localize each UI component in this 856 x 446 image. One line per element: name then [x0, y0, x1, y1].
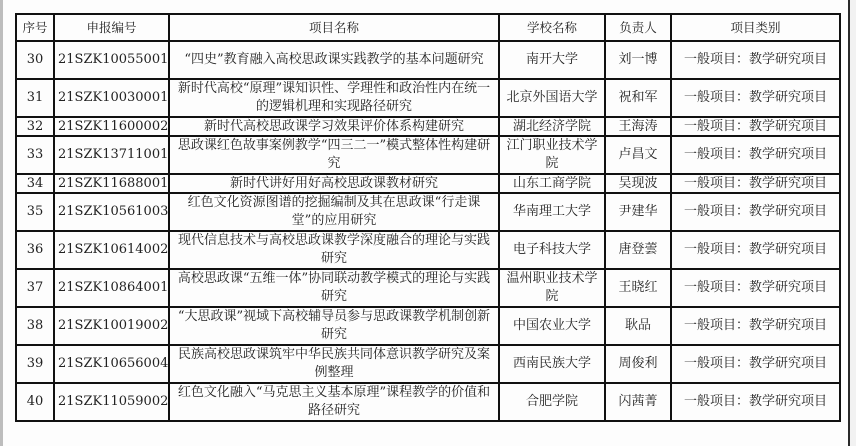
cell-code: 21SZK11600002 — [54, 117, 169, 136]
cell-school: 合肥学院 — [499, 383, 605, 421]
cell-category: 一般项目：教学研究项目 — [671, 269, 840, 307]
table-row: 38 21SZK10019002 “大思政课”视域下高校辅导员参与思政课教学机制… — [16, 307, 840, 345]
cell-no: 37 — [16, 269, 54, 307]
table-row: 33 21SZK13711001 思政课红色故事案例教学“四三二一”模式整体性构… — [16, 136, 840, 174]
cell-no: 35 — [16, 193, 54, 231]
cell-no: 39 — [16, 345, 54, 383]
cell-no: 40 — [16, 383, 54, 421]
cell-title: 新时代高校思政课学习效果评价体系构建研究 — [169, 117, 499, 136]
cell-school: 湖北经济学院 — [499, 117, 605, 136]
table-row: 34 21SZK11688001 新时代讲好用好高校思政课教材研究 山东工商学院… — [16, 174, 840, 193]
cell-leader: 吴现波 — [605, 174, 671, 193]
table-row: 39 21SZK10656004 民族高校思政课筑牢中华民族共同体意识教学研究及… — [16, 345, 840, 383]
cell-leader: 周俊利 — [605, 345, 671, 383]
cell-school: 南开大学 — [499, 41, 605, 79]
cell-title: “四史”教育融入高校思政课实践教学的基本问题研究 — [169, 41, 499, 79]
cell-no: 33 — [16, 136, 54, 174]
cell-title: 现代信息技术与高校思政课教学深度融合的理论与实践研究 — [169, 231, 499, 269]
cell-category: 一般项目：教学研究项目 — [671, 174, 840, 193]
cell-category: 一般项目：教学研究项目 — [671, 193, 840, 231]
cell-school: 山东工商学院 — [499, 174, 605, 193]
cell-leader: 刘一博 — [605, 41, 671, 79]
cell-no: 32 — [16, 117, 54, 136]
table-row: 36 21SZK10614002 现代信息技术与高校思政课教学深度融合的理论与实… — [16, 231, 840, 269]
cell-category: 一般项目：教学研究项目 — [671, 307, 840, 345]
table-row: 40 21SZK11059002 红色文化融入“马克思主义基本原理”课程教学的价… — [16, 383, 840, 421]
page-left-edge — [0, 0, 3, 446]
header-title: 项目名称 — [169, 14, 499, 41]
cell-leader: 闪茜菁 — [605, 383, 671, 421]
cell-leader: 祝和军 — [605, 79, 671, 117]
cell-leader: 王海涛 — [605, 117, 671, 136]
table-header-row: 序号 申报编号 项目名称 学校名称 负责人 项目类别 — [16, 14, 840, 41]
cell-leader: 王晓红 — [605, 269, 671, 307]
cell-leader: 尹建华 — [605, 193, 671, 231]
cell-category: 一般项目：教学研究项目 — [671, 231, 840, 269]
header-code: 申报编号 — [54, 14, 169, 41]
cell-leader: 唐登蕓 — [605, 231, 671, 269]
cell-school: 温州职业技术学院 — [499, 269, 605, 307]
cell-category: 一般项目：教学研究项目 — [671, 136, 840, 174]
cell-code: 21SZK10561003 — [54, 193, 169, 231]
cell-no: 34 — [16, 174, 54, 193]
cell-code: 21SZK13711001 — [54, 136, 169, 174]
cell-code: 21SZK10614002 — [54, 231, 169, 269]
cell-title: “大思政课”视域下高校辅导员参与思政课教学机制创新研究 — [169, 307, 499, 345]
table-row: 32 21SZK11600002 新时代高校思政课学习效果评价体系构建研究 湖北… — [16, 117, 840, 136]
cell-school: 中国农业大学 — [499, 307, 605, 345]
cell-code: 21SZK10055001 — [54, 41, 169, 79]
header-no: 序号 — [16, 14, 54, 41]
cell-leader: 卢昌文 — [605, 136, 671, 174]
cell-title: 民族高校思政课筑牢中华民族共同体意识教学研究及案例整理 — [169, 345, 499, 383]
header-category: 项目类别 — [671, 14, 840, 41]
header-school: 学校名称 — [499, 14, 605, 41]
table-row: 35 21SZK10561003 红色文化资源图谱的挖掘编制及其在思政课“行走课… — [16, 193, 840, 231]
cell-title: 思政课红色故事案例教学“四三二一”模式整体性构建研究 — [169, 136, 499, 174]
cell-code: 21SZK10030001 — [54, 79, 169, 117]
cell-code: 21SZK11688001 — [54, 174, 169, 193]
cell-title: 红色文化融入“马克思主义基本原理”课程教学的价值和路径研究 — [169, 383, 499, 421]
cell-category: 一般项目：教学研究项目 — [671, 79, 840, 117]
cell-no: 36 — [16, 231, 54, 269]
cell-code: 21SZK10019002 — [54, 307, 169, 345]
cell-category: 一般项目：教学研究项目 — [671, 345, 840, 383]
table-row: 31 21SZK10030001 新时代高校“原理”课知识性、学理性和政治性内在… — [16, 79, 840, 117]
cell-title: 新时代讲好用好高校思政课教材研究 — [169, 174, 499, 193]
cell-title: 新时代高校“原理”课知识性、学理性和政治性内在统一的逻辑机理和实现路径研究 — [169, 79, 499, 117]
cell-school: 华南理工大学 — [499, 193, 605, 231]
cell-title: 红色文化资源图谱的挖掘编制及其在思政课“行走课堂”的应用研究 — [169, 193, 499, 231]
cell-school: 西南民族大学 — [499, 345, 605, 383]
cell-no: 30 — [16, 41, 54, 79]
header-leader: 负责人 — [605, 14, 671, 41]
project-list-table: 序号 申报编号 项目名称 学校名称 负责人 项目类别 30 21SZK10055… — [15, 13, 841, 422]
table-row: 30 21SZK10055001 “四史”教育融入高校思政课实践教学的基本问题研… — [16, 41, 840, 79]
cell-no: 31 — [16, 79, 54, 117]
cell-school: 江门职业技术学院 — [499, 136, 605, 174]
cell-no: 38 — [16, 307, 54, 345]
cell-category: 一般项目：教学研究项目 — [671, 117, 840, 136]
cell-code: 21SZK10864001 — [54, 269, 169, 307]
cell-title: 高校思政课“五维一体”协同联动教学模式的理论与实践研究 — [169, 269, 499, 307]
cell-code: 21SZK10656004 — [54, 345, 169, 383]
cell-school: 北京外国语大学 — [499, 79, 605, 117]
cell-category: 一般项目：教学研究项目 — [671, 41, 840, 79]
page-scrollbar[interactable] — [848, 0, 856, 446]
cell-leader: 耿品 — [605, 307, 671, 345]
cell-category: 一般项目：教学研究项目 — [671, 383, 840, 421]
table-row: 37 21SZK10864001 高校思政课“五维一体”协同联动教学模式的理论与… — [16, 269, 840, 307]
cell-code: 21SZK11059002 — [54, 383, 169, 421]
cell-school: 电子科技大学 — [499, 231, 605, 269]
